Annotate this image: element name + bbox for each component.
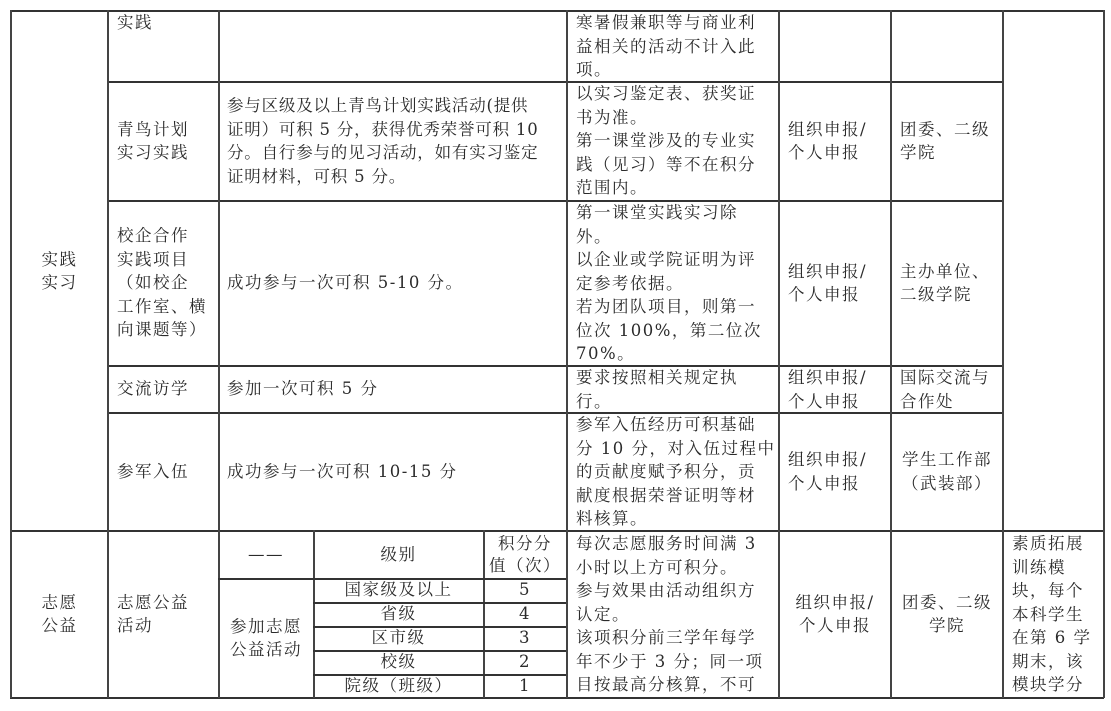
score-row-4: 1: [484, 674, 566, 698]
category-volunteer: 志愿 公益: [12, 531, 107, 697]
volunteer-dept: 团委、二级 学院: [892, 531, 1002, 697]
row-4-method: 组织申报/ 个人申报: [788, 413, 888, 530]
row-3-item: 交流访学: [117, 366, 217, 412]
row-1-method: 组织申报/ 个人申报: [788, 82, 888, 200]
level-row-3: 校级: [314, 650, 483, 674]
row-3-method: 组织申报/ 个人申报: [788, 366, 888, 413]
row-2-notes: 第一课堂实践实习除 外。 以企业或学院证明为评 定参考依据。 若为团队项目，则第…: [576, 201, 776, 366]
col-line: [1002, 10, 1004, 698]
row-1-standard: 参与区级及以上青鸟计划实践活动(提供 证明）可积 5 分，获得优秀荣誉可积 10…: [227, 82, 567, 200]
row-2-method: 组织申报/ 个人申报: [788, 201, 888, 365]
row-1-item: 青鸟计划 实习实践: [117, 82, 217, 200]
row-1-dept: 团委、二级 学院: [900, 82, 1000, 200]
sub-header-level: 级别: [314, 531, 483, 578]
score-row-2: 3: [484, 626, 566, 650]
level-row-2: 区市级: [314, 626, 483, 650]
row-1-notes: 以实习鉴定表、获奖证 书为准。 第一课堂涉及的专业实 践（见习）等不在积分 范围…: [576, 82, 776, 200]
sub-header-score: 积分分 值（次）: [484, 531, 566, 578]
score-row-0: 5: [484, 578, 566, 602]
row-4-notes: 参军入伍经历可积基础 分 10 分，对入伍过程中 的贡献度赋予积分，贡 献度根据…: [576, 413, 776, 531]
row-2-standard: 成功参与一次可积 5-10 分。: [227, 201, 567, 365]
row-0-notes: 寒暑假兼职等与商业利 益相关的活动不计入此 项。: [576, 11, 776, 82]
row-4-standard: 成功参与一次可积 10-15 分: [227, 413, 567, 530]
volunteer-module: 素质拓展 训练模 块，每个 本科学生 在第 6 学 期末，该 模块学分: [1012, 532, 1104, 697]
score-row-1: 4: [484, 602, 566, 626]
row-4-dept: 学生工作部 （武装部）: [892, 413, 1002, 530]
volunteer-activity-label: 参加志愿 公益活动: [219, 579, 313, 697]
row-2-item: 校企合作 实践项目 （如校企 工作室、横 向课题等）: [117, 201, 217, 365]
volunteer-method: 组织申报/ 个人申报: [780, 531, 890, 697]
volunteer-item: 志愿公益 活动: [117, 531, 217, 697]
level-row-1: 省级: [314, 602, 483, 626]
level-row-4: 院级（班级）: [314, 674, 483, 698]
row-0-item: 实践: [117, 11, 217, 35]
col-line: [107, 10, 109, 698]
sub-header-dash: ——: [219, 531, 313, 578]
row-2-dept: 主办单位、 二级学院: [900, 201, 1000, 365]
category-practice: 实践 实习: [12, 12, 107, 530]
volunteer-notes: 每次志愿服务时间满 3 小时以上方可积分。 参与效果由活动组织方 认定。 该项积…: [576, 532, 776, 697]
row-3-standard: 参加一次可积 5 分: [227, 366, 567, 412]
row-4-item: 参军入伍: [117, 413, 217, 530]
level-row-0: 国家级及以上: [314, 578, 483, 602]
row-3-dept: 国际交流与 合作处: [900, 366, 1000, 413]
score-row-3: 2: [484, 650, 566, 674]
row-3-notes: 要求按照相关规定执 行。: [576, 366, 776, 413]
